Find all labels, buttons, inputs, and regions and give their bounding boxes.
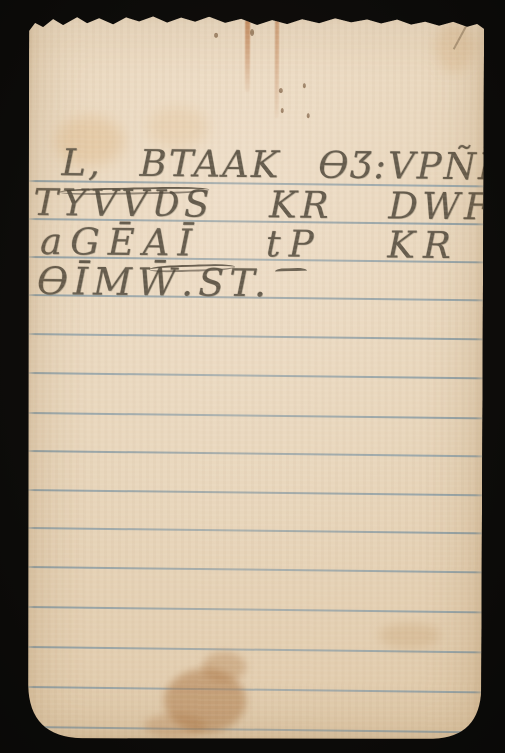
pencil-dash-mark xyxy=(275,268,307,275)
ruled-line xyxy=(25,450,489,457)
stain-bottom-lobe xyxy=(202,652,246,682)
ruled-line xyxy=(25,412,489,419)
stain-bottom-main xyxy=(164,669,246,733)
stain-speck xyxy=(214,33,218,38)
ruled-line xyxy=(25,606,489,613)
stain-bottom-tail xyxy=(144,714,206,738)
ruled-line xyxy=(24,726,488,733)
handwriting-line-1: L, BTAAK ƟƷ:VPÑĪ xyxy=(61,144,494,186)
ruled-line xyxy=(25,527,489,534)
stain-speck xyxy=(279,88,283,93)
ruled-line xyxy=(26,372,490,379)
torn-edge-highlight xyxy=(29,13,484,45)
stain-speck xyxy=(307,113,310,118)
stain-speck xyxy=(250,29,254,36)
stain-speck xyxy=(281,108,284,113)
handwriting-line-4: ƟĪMW̄.ST. xyxy=(37,262,271,302)
ruled-line xyxy=(26,333,490,340)
stain-right-lower xyxy=(378,623,440,649)
ruled-line xyxy=(25,566,489,573)
rust-drip-stain xyxy=(275,20,279,118)
stain-speck xyxy=(303,83,306,88)
ruled-line xyxy=(25,489,489,496)
photo-background: L, BTAAK ƟƷ:VPÑĪ TYVVƲS KR DWFh2 aGĒAĪ t… xyxy=(0,0,505,753)
notebook-page: L, BTAAK ƟƷ:VPÑĪ TYVVƲS KR DWFh2 aGĒAĪ t… xyxy=(26,13,484,742)
ruled-line xyxy=(24,686,488,693)
ruled-line xyxy=(24,646,488,653)
